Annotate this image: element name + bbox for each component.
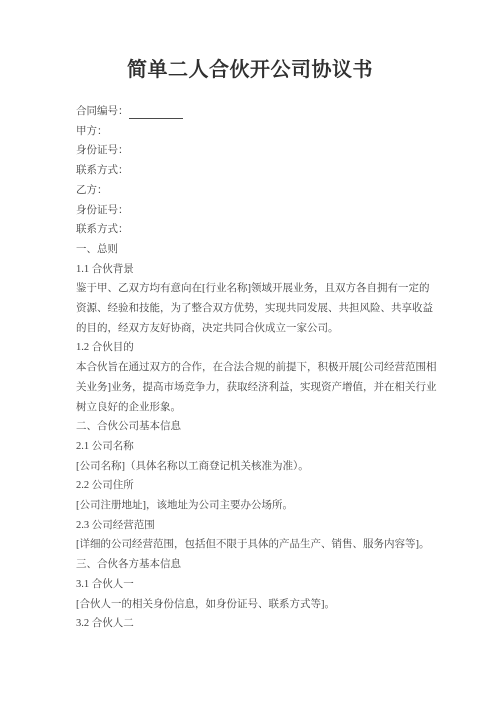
- field-line: 甲方：: [76, 122, 424, 142]
- field-line: 联系方式：: [76, 161, 424, 181]
- subsection-heading: 2.2 公司住所: [76, 476, 424, 496]
- paragraph-line: 鉴于甲、乙双方均有意向在[行业名称]领域开展业务，且双方各自拥有一定的: [76, 279, 424, 299]
- field-line: 身份证号：: [76, 141, 424, 161]
- field-line: 乙方：: [76, 181, 424, 201]
- document-page: 简单二人合伙开公司协议书 合同编号：__________ 甲方：身份证号：联系方…: [0, 0, 500, 707]
- document-body: 合同编号：__________ 甲方：身份证号：联系方式：乙方：身份证号：联系方…: [76, 102, 424, 634]
- paragraph-line: 本合伙旨在通过双方的合作，在合法合规的前提下，积极开展[公司经营范围相: [76, 358, 424, 378]
- section-heading: 二、合伙公司基本信息: [76, 417, 424, 437]
- subsection-heading: 1.2 合伙目的: [76, 338, 424, 358]
- section-heading: 一、总则: [76, 240, 424, 260]
- paragraph-line: 资源、经验和技能，为了整合双方优势，实现共同发展、共担风险、共享收益: [76, 299, 424, 319]
- subsection-heading: 2.3 公司经营范围: [76, 516, 424, 536]
- paragraph-line: [公司名称]（具体名称以工商登记机关核准为准）。: [76, 457, 424, 477]
- field-line: 联系方式：: [76, 220, 424, 240]
- contract-number-line: 合同编号：__________: [76, 102, 424, 122]
- paragraph-line: 的目的，经双方友好协商，决定共同合伙成立一家公司。: [76, 319, 424, 339]
- paragraph-line: [公司注册地址]，该地址为公司主要办公场所。: [76, 496, 424, 516]
- field-line: 身份证号：: [76, 201, 424, 221]
- subsection-heading: 1.1 合伙背景: [76, 260, 424, 280]
- paragraph-line: 关业务]业务，提高市场竞争力，获取经济利益，实现资产增值，并在相关行业: [76, 378, 424, 398]
- paragraph-line: 树立良好的企业形象。: [76, 398, 424, 418]
- section-heading: 三、合伙各方基本信息: [76, 555, 424, 575]
- document-title: 简单二人合伙开公司协议书: [76, 58, 424, 82]
- contract-number-blank: __________: [129, 107, 183, 119]
- subsection-heading: 3.2 合伙人二: [76, 614, 424, 634]
- subsection-heading: 3.1 合伙人一: [76, 575, 424, 595]
- paragraph-line: [详细的公司经营范围，包括但不限于具体的产品生产、销售、服务内容等]。: [76, 535, 424, 555]
- paragraph-line: [合伙人一的相关身份信息，如身份证号、联系方式等]。: [76, 595, 424, 615]
- subsection-heading: 2.1 公司名称: [76, 437, 424, 457]
- contract-number-label: 合同编号：: [76, 106, 129, 117]
